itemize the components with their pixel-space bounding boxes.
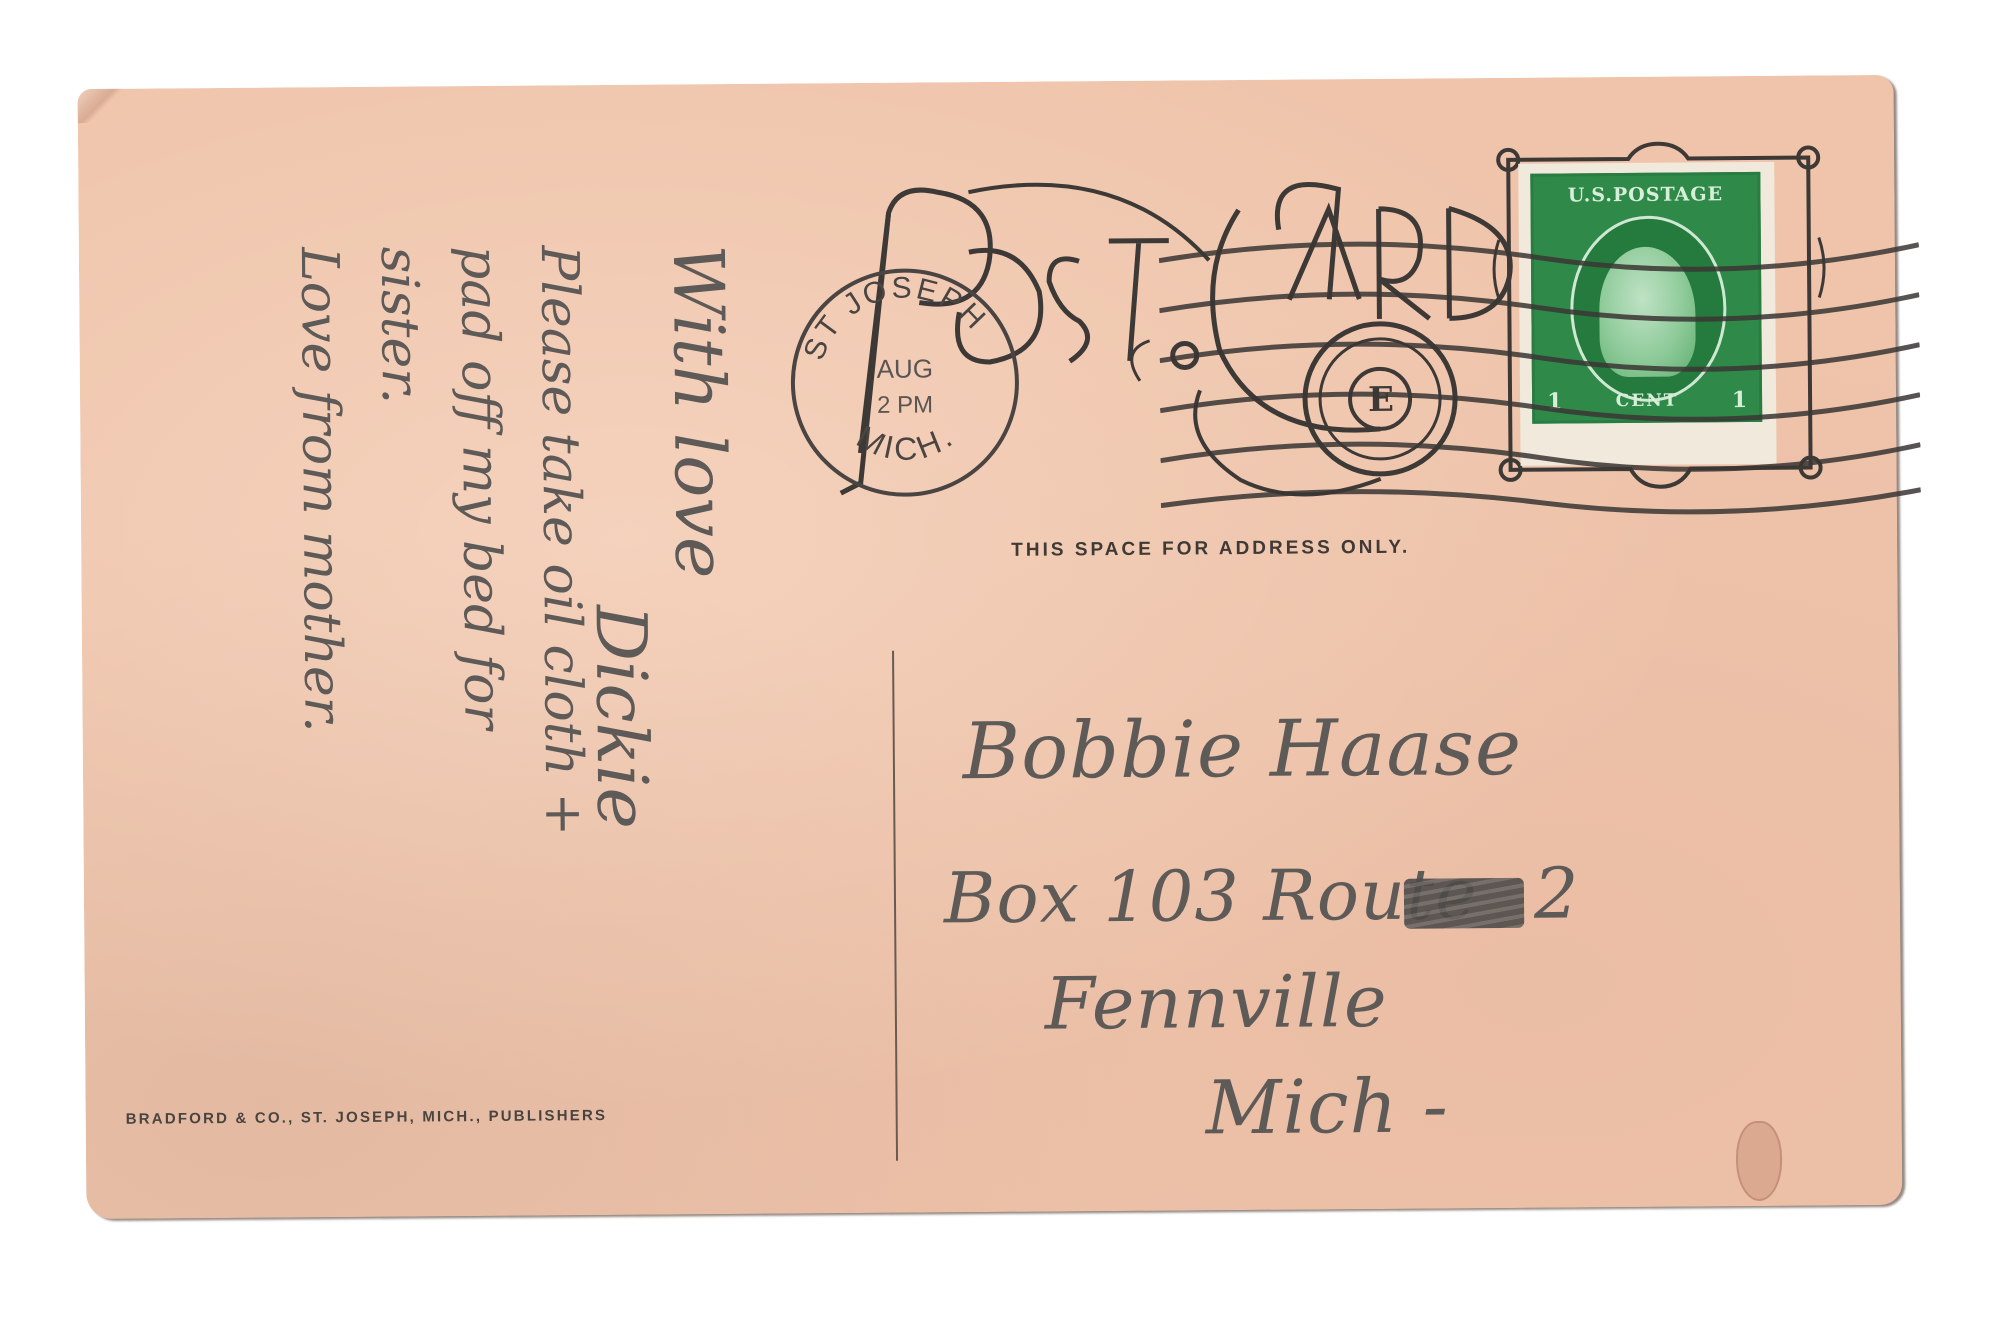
message-line: pad off my bed for [449, 246, 513, 730]
postmark-city: ST JOSEPH [797, 271, 994, 365]
center-divider [892, 651, 898, 1161]
route-number: 2 [1534, 852, 1580, 934]
svg-text:MICH.: MICH. [851, 417, 962, 468]
postmark-time: 2 PM [877, 391, 933, 418]
message-line: sister. [369, 246, 430, 404]
postmark: ST JOSEPH MICH. AUG 2 PM [779, 257, 1031, 509]
corner-crease [78, 89, 126, 123]
cancellation-lines [1158, 195, 1921, 531]
address-line-1: Box 103 Route [944, 853, 1478, 939]
message-greeting: With love [657, 244, 742, 579]
postmark-state: MICH. [851, 417, 962, 468]
svg-text:ST JOSEPH: ST JOSEPH [797, 271, 994, 365]
address-state: Mich - [1205, 1063, 1449, 1151]
message-line: Please take oil cloth + [529, 245, 594, 836]
address-instruction: THIS SPACE FOR ADDRESS ONLY. [1011, 537, 1410, 562]
postcard: With love Dickie Please take oil cloth +… [78, 75, 1903, 1219]
water-stain [1736, 1121, 1783, 1201]
message-line: Love from mother. [289, 247, 353, 733]
postmark-month: AUG [877, 353, 934, 383]
handwritten-message: With love Dickie Please take oil cloth +… [179, 244, 747, 1248]
recipient-name: Bobbie Haase [962, 703, 1522, 797]
address-city: Fennville [1044, 959, 1387, 1046]
struck-out-route-number [1404, 878, 1524, 929]
